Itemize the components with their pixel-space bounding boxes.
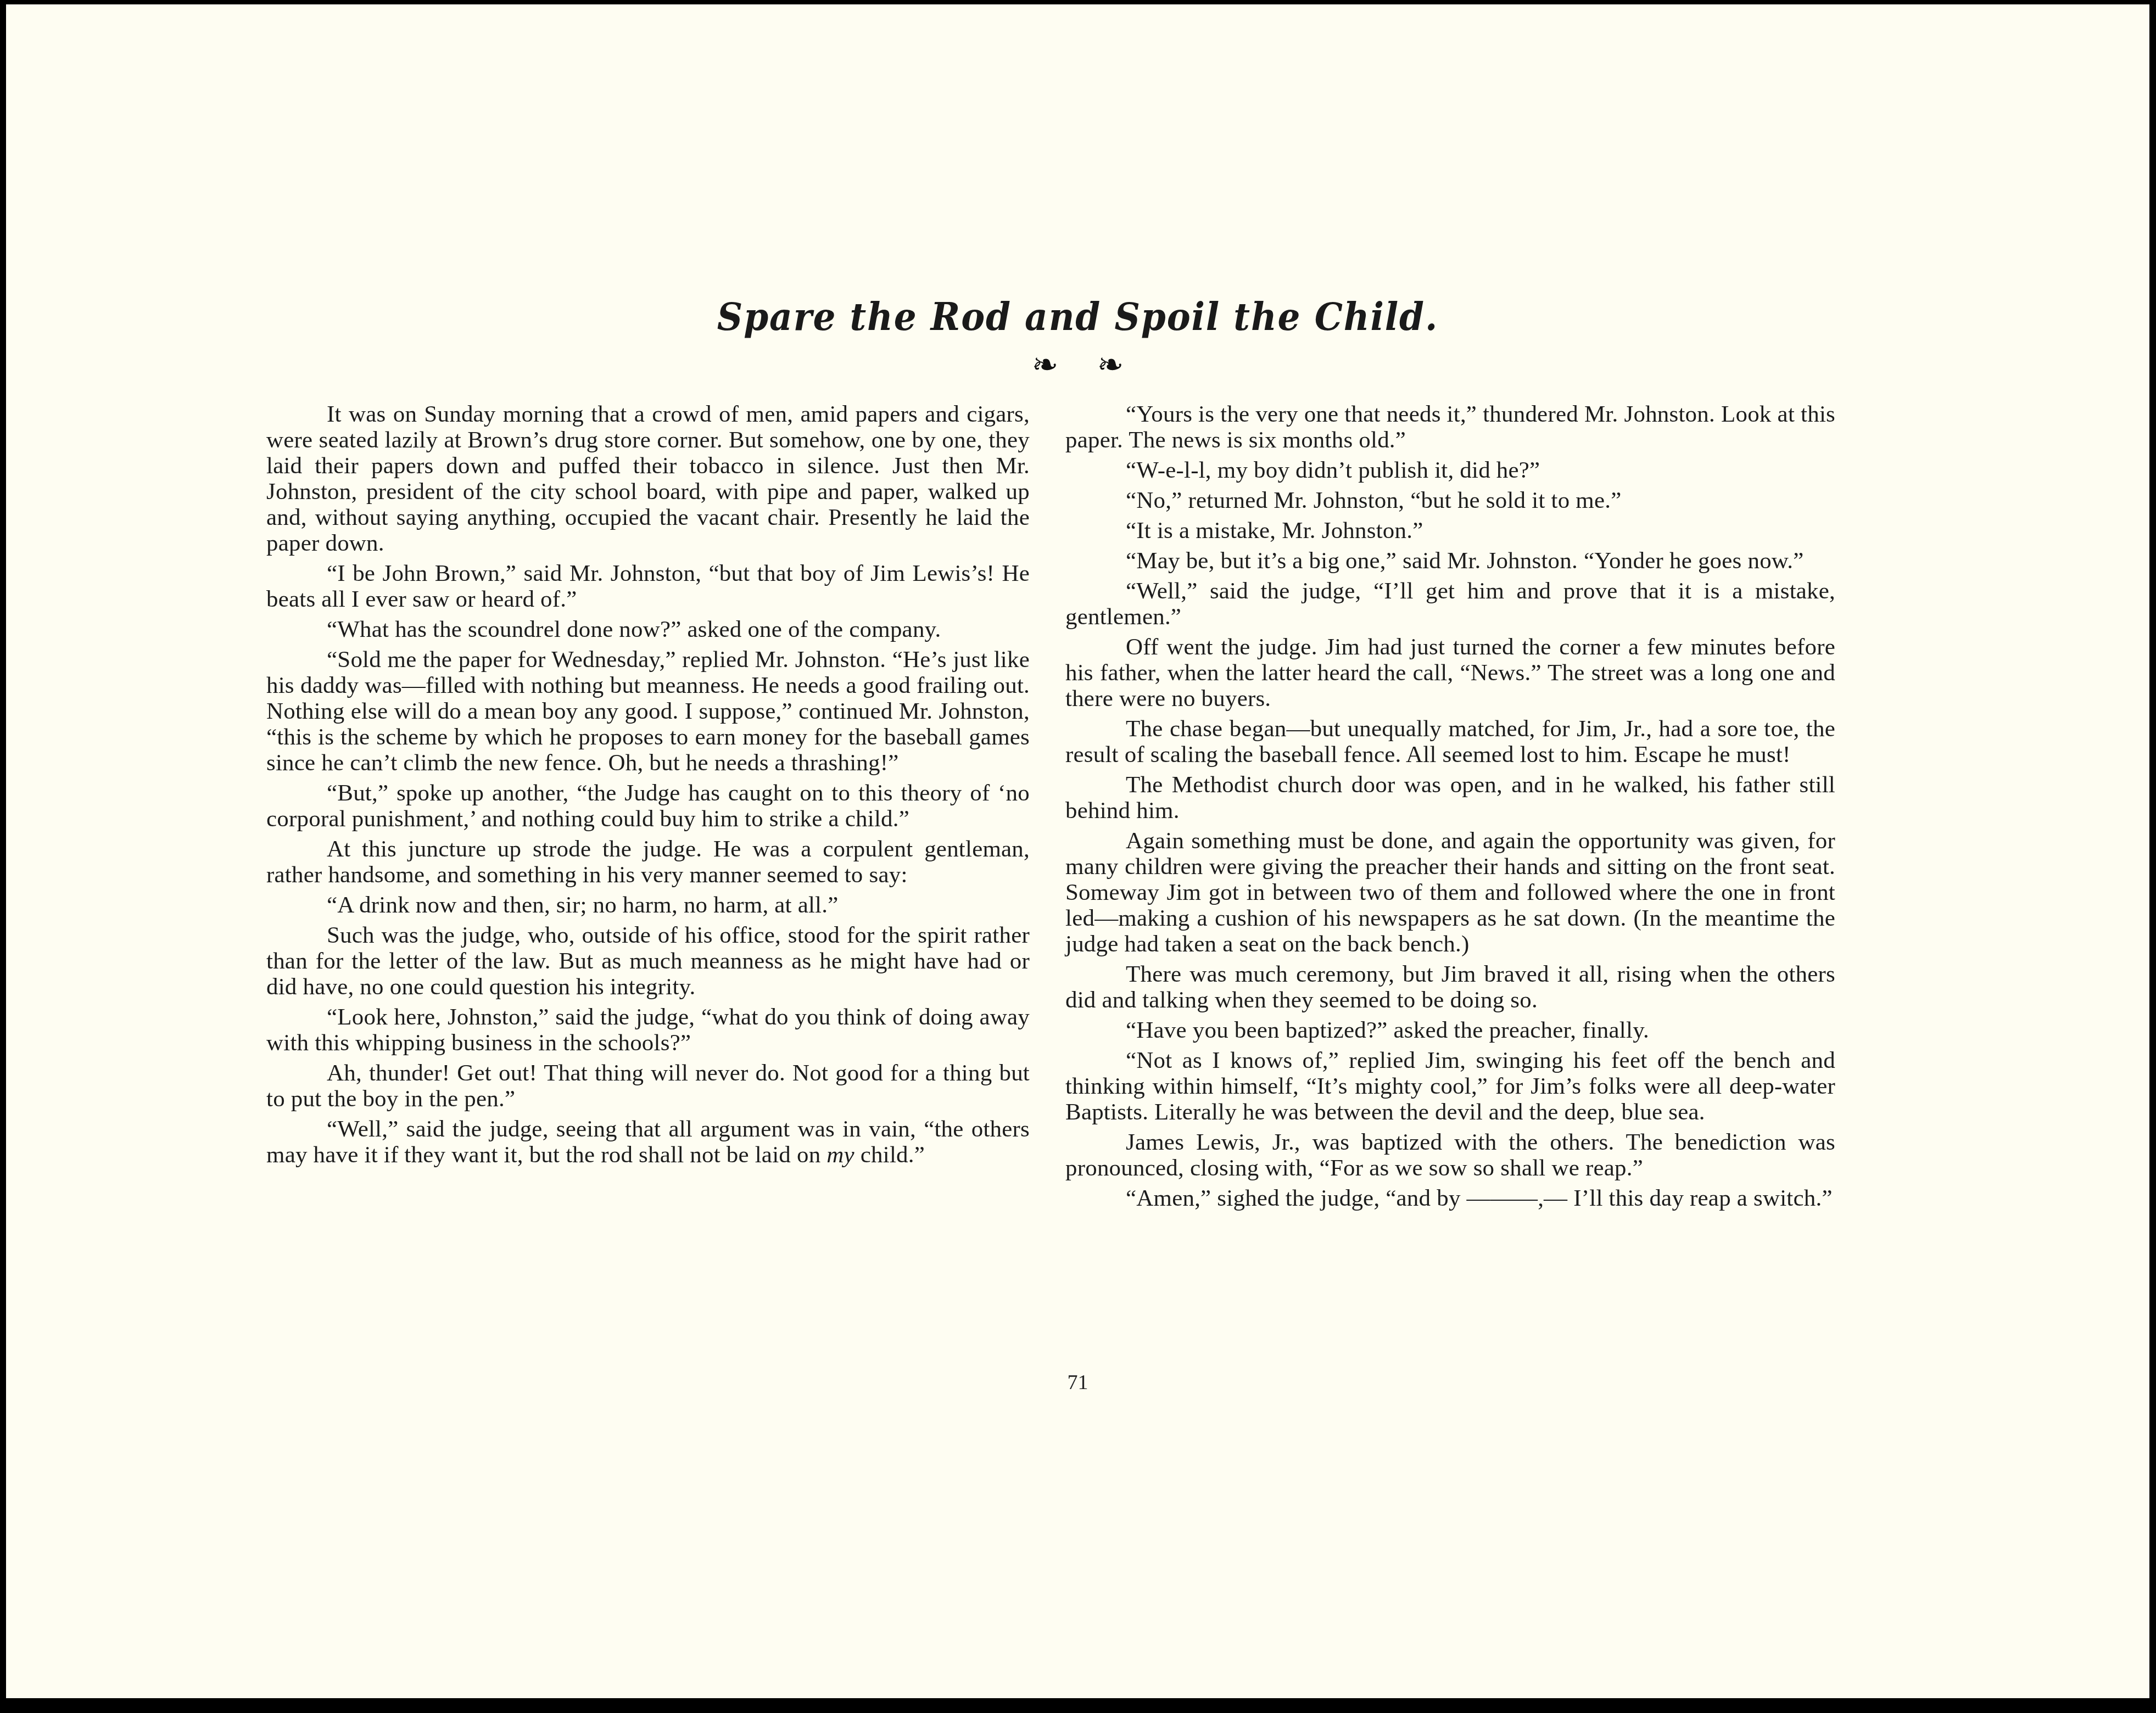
paragraph: “Well,” said the judge, “I’ll get him an… [1065, 578, 1835, 630]
paragraph: There was much ceremony, but Jim braved … [1065, 961, 1835, 1013]
book-page: Spare the Rod and Spoil the Child. ❧ ❧ I… [6, 4, 2149, 1698]
fleuron-icon: ❧ [1097, 346, 1124, 383]
left-column: It was on Sunday morning that a crowd of… [266, 401, 1030, 1172]
paragraph: Again something must be done, and again … [1065, 828, 1835, 957]
paragraph: The Methodist church door was open, and … [1065, 772, 1835, 824]
page-number: 71 [6, 1370, 2149, 1395]
paragraph: Such was the judge, who, outside of his … [266, 922, 1030, 1000]
paragraph: “It is a mistake, Mr. Johnston.” [1065, 518, 1835, 544]
paragraph: It was on Sunday morning that a crowd of… [266, 401, 1030, 556]
fleuron-icon: ❧ [1032, 346, 1059, 383]
paragraph: “Yours is the very one that needs it,” t… [1065, 401, 1835, 453]
paragraph: The chase began—but unequally matched, f… [1065, 716, 1835, 768]
text-run: child.” [854, 1142, 925, 1168]
paragraph: “Look here, Johnston,” said the judge, “… [266, 1004, 1030, 1056]
paragraph: At this juncture up strode the judge. He… [266, 836, 1030, 888]
paragraph: “Have you been baptized?” asked the prea… [1065, 1017, 1835, 1043]
paragraph: “I be John Brown,” said Mr. Johnston, “b… [266, 561, 1030, 612]
right-column: “Yours is the very one that needs it,” t… [1065, 401, 1835, 1216]
paragraph: “What has the scoundrel done now?” asked… [266, 617, 1030, 642]
paragraph: Ah, thunder! Get out! That thing will ne… [266, 1060, 1030, 1112]
paragraph: “Sold me the paper for Wednesday,” repli… [266, 647, 1030, 776]
story-title: Spare the Rod and Spoil the Child. [92, 294, 2064, 339]
paragraph: “A drink now and then, sir; no harm, no … [266, 892, 1030, 918]
paragraph: “May be, but it’s a big one,” said Mr. J… [1065, 548, 1835, 574]
paragraph: James Lewis, Jr., was baptized with the … [1065, 1129, 1835, 1181]
paragraph: “Amen,” sighed the judge, “and by ———,— … [1065, 1185, 1835, 1211]
paragraph: “W-e-l-l, my boy didn’t publish it, did … [1065, 457, 1835, 483]
paragraph: “Not as I knows of,” replied Jim, swingi… [1065, 1048, 1835, 1125]
paragraph: “No,” returned Mr. Johnston, “but he sol… [1065, 488, 1835, 513]
paragraph-final-left: “Well,” said the judge, seeing that all … [266, 1116, 1030, 1168]
emphasis-text: my [826, 1142, 854, 1168]
paragraph: “But,” spoke up another, “the Judge has … [266, 780, 1030, 832]
paragraph: Off went the judge. Jim had just turned … [1065, 634, 1835, 712]
title-ornaments: ❧ ❧ [6, 346, 2149, 383]
